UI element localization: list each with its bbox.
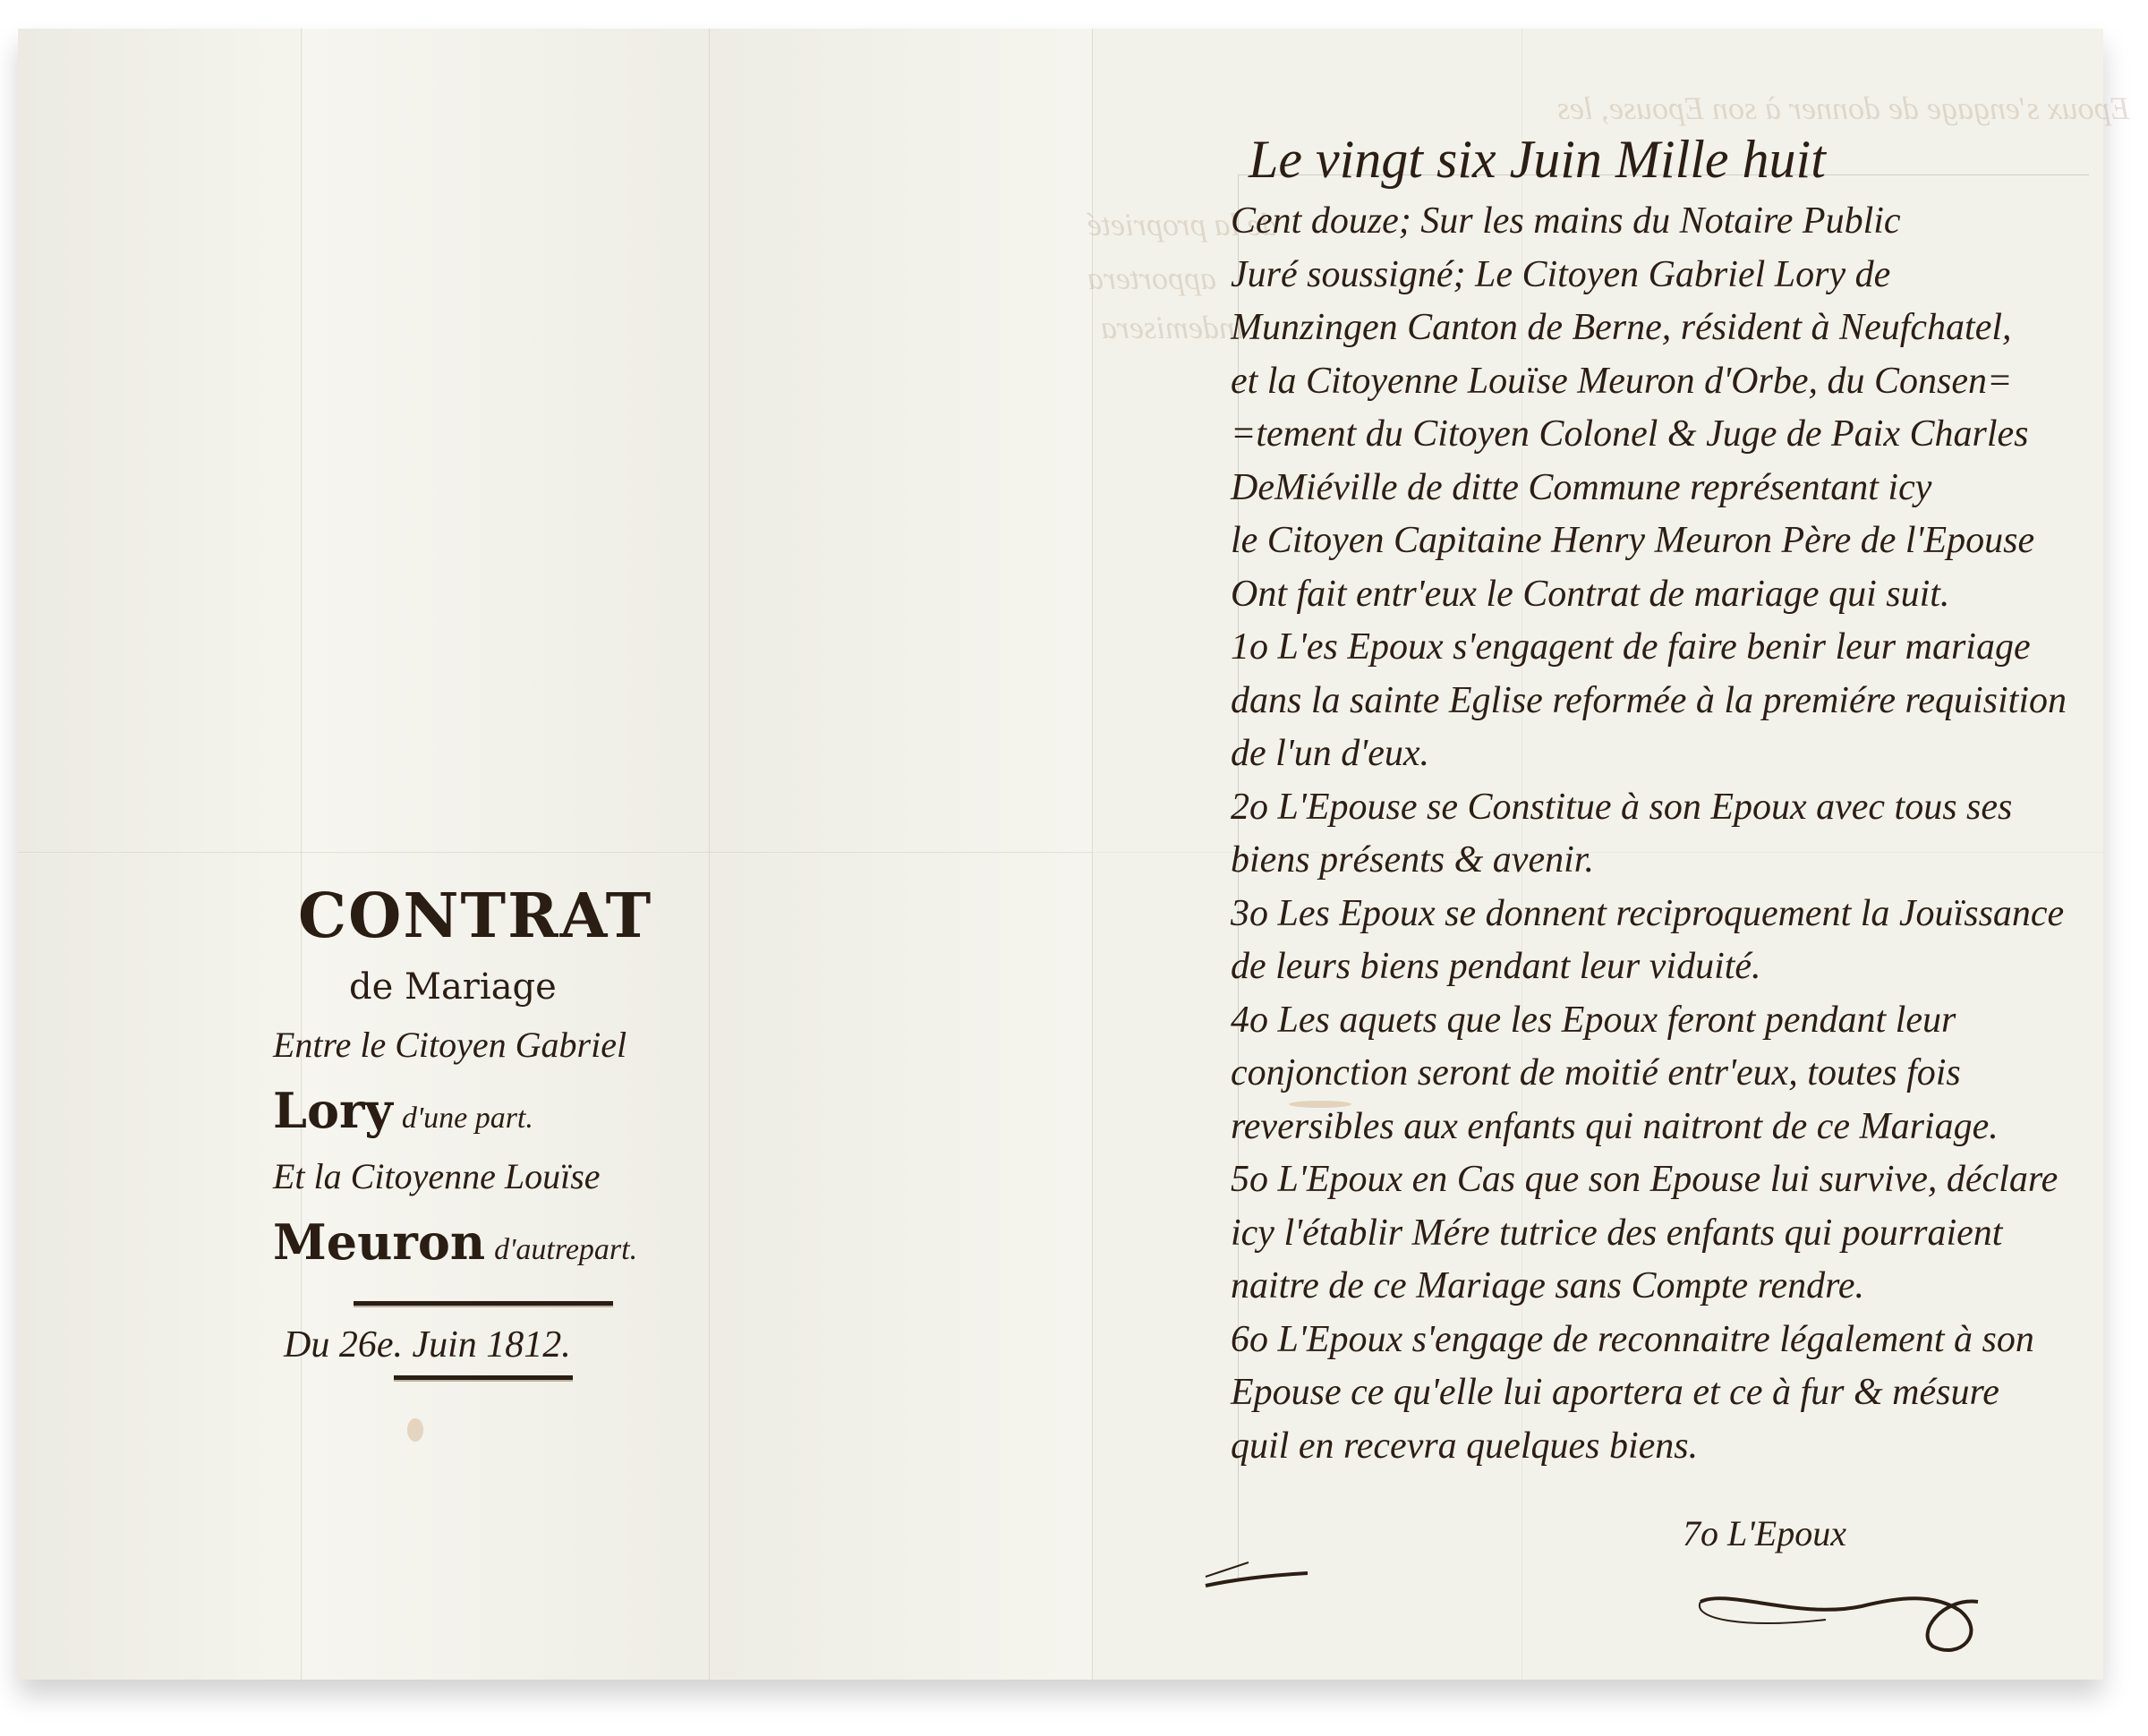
body-line: 5o L'Epoux en Cas que son Epouse lui sur… — [1231, 1153, 2081, 1207]
cover-label: CONTRAT de Mariage Entre le Citoyen Gabr… — [273, 886, 667, 1382]
divider-rule — [394, 1375, 573, 1382]
flourish-ornament — [1692, 1584, 2014, 1664]
body-line: reversibles aux enfants qui naitront de … — [1231, 1101, 2081, 1154]
body-line: 3o Les Epoux se donnent reciproquement l… — [1231, 888, 2081, 941]
body-line: de l'un d'eux. — [1231, 728, 2081, 781]
body-line: icy l'établir Mére tutrice des enfants q… — [1231, 1207, 2081, 1261]
bride-name: Meuron — [273, 1213, 485, 1271]
cover-date: Du 26e. Juin 1812. — [284, 1323, 667, 1366]
continuation-catchword: 7o L'Epoux — [1683, 1512, 1846, 1554]
groom-suffix: d'une part. — [402, 1102, 533, 1135]
bleed-through-text: Epoux s'engage de donner à son Epouse, l… — [1557, 89, 2130, 127]
body-line: =tement du Citoyen Colonel & Juge de Pai… — [1231, 408, 2081, 462]
fold-shadow-1 — [18, 29, 301, 1680]
body-line: Epouse ce qu'elle lui aportera et ce à f… — [1231, 1366, 2081, 1420]
body-line: Ont fait entr'eux le Contrat de mariage … — [1231, 568, 2081, 622]
ink-stain — [407, 1418, 423, 1442]
fold-line — [18, 852, 1092, 854]
body-line: Juré soussigné; Le Citoyen Gabriel Lory … — [1231, 249, 2081, 302]
body-line: conjonction seront de moitié entr'eux, t… — [1231, 1047, 2081, 1101]
body-line: Munzingen Canton de Berne, résident à Ne… — [1231, 302, 2081, 355]
body-line: Cent douze; Sur les mains du Notaire Pub… — [1231, 195, 2081, 249]
cover-line-1: Entre le Citoyen Gabriel — [273, 1024, 667, 1066]
fold-line — [301, 29, 303, 1680]
cover-subtitle: de Mariage — [349, 966, 667, 1008]
closing-dash-ornament — [1204, 1557, 1311, 1593]
body-line: biens présents & avenir. — [1231, 834, 2081, 888]
body-line: de leurs biens pendant leur viduité. — [1231, 940, 2081, 994]
cover-line-2: Lory d'une part. — [273, 1082, 667, 1139]
bleed-through-text: indemisera — [1101, 309, 1244, 346]
bleed-through-text: apportera — [1087, 260, 1216, 297]
body-line: dans la sainte Eglise reformée à la prem… — [1231, 675, 2081, 728]
cover-line-4: Meuron d'autrepart. — [273, 1213, 667, 1271]
body-line: le Citoyen Capitaine Henry Meuron Père d… — [1231, 515, 2081, 568]
contract-body: Le vingt six Juin Mille huit Cent douze;… — [1231, 123, 2081, 1473]
body-line: 1o L'es Epoux s'engagent de faire benir … — [1231, 621, 2081, 675]
body-line: naitre de ce Mariage sans Compte rendre. — [1231, 1260, 2081, 1314]
body-line: quil en recevra quelques biens. — [1231, 1420, 2081, 1474]
cover-line-3: Et la Citoyenne Louïse — [273, 1155, 667, 1197]
body-line: 2o L'Epouse se Constitue à son Epoux ave… — [1231, 781, 2081, 835]
body-line: 6o L'Epoux s'engage de reconnaitre légal… — [1231, 1314, 2081, 1367]
divider-rule — [354, 1301, 613, 1307]
body-line: et la Citoyenne Louïse Meuron d'Orbe, du… — [1231, 355, 2081, 409]
bride-suffix: d'autrepart. — [494, 1233, 637, 1266]
cover-title: CONTRAT — [298, 886, 667, 947]
body-line: Le vingt six Juin Mille huit — [1249, 123, 2081, 195]
fold-line — [709, 29, 711, 1680]
body-line: 4o Les aquets que les Epoux feront penda… — [1231, 994, 2081, 1048]
body-line: DeMiéville de ditte Commune représentant… — [1231, 462, 2081, 515]
groom-name: Lory — [273, 1082, 393, 1139]
fold-shadow-3 — [709, 29, 1092, 1680]
fold-shadow-2 — [301, 29, 709, 1680]
